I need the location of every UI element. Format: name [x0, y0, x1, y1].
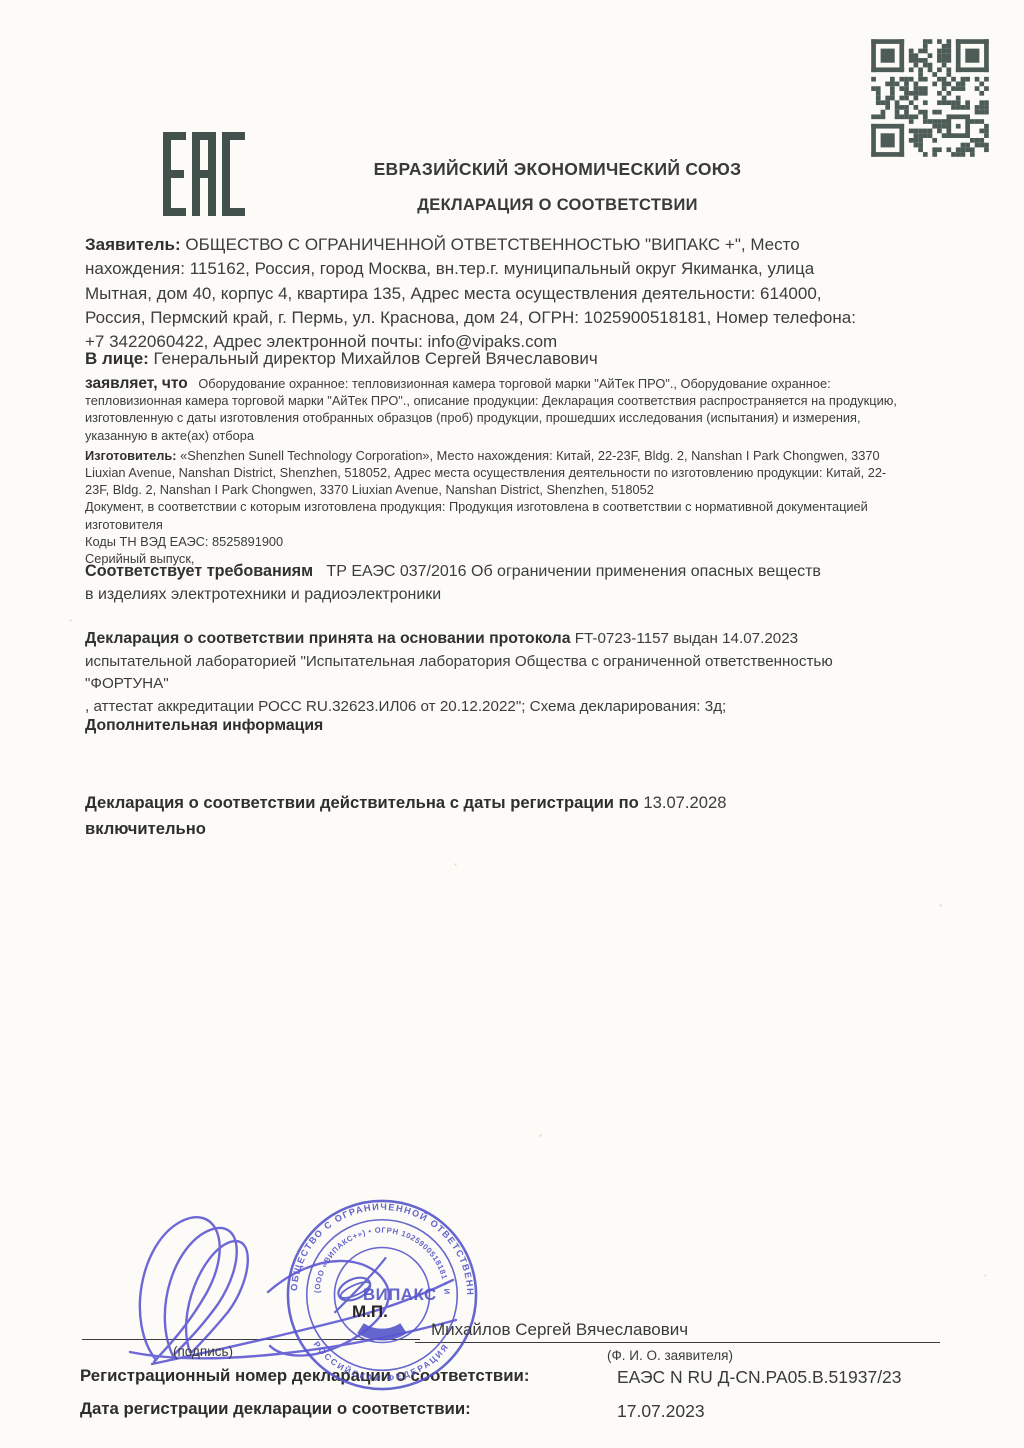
mp-place-of-stamp: М.П. — [352, 1302, 388, 1322]
applicant-label: Заявитель: — [85, 235, 181, 254]
compliance-paragraph: Соответствует требованиям ТР ЕАЭС 037/20… — [85, 560, 995, 606]
additional-info-label: Дополнительная информация — [85, 717, 323, 735]
applicant-fio: Михайлов Сергей Вячеславович — [431, 1320, 688, 1340]
basis-label: Декларация о соответствии принята на осн… — [85, 630, 570, 647]
validity-text-after: включительно — [85, 819, 206, 838]
scan-speckles — [0, 0, 1, 1]
validity-text-before: Декларация о соответствии действительна … — [85, 793, 643, 812]
person-line: В лице: Генеральный директор Михайлов Се… — [85, 347, 990, 371]
validity-paragraph: Декларация о соответствии действительна … — [85, 790, 985, 841]
manufacturer-paragraph: Изготовитель: «Shenzhen Sunell Technolog… — [85, 447, 995, 499]
applicant-text: ОБЩЕСТВО С ОГРАНИЧЕННОЙ ОТВЕТСТВЕННОСТЬЮ… — [85, 235, 856, 351]
registration-number-value: ЕАЭС N RU Д-CN.РА05.В.51937/23 — [617, 1367, 902, 1388]
signature-scribble-icon — [118, 1192, 478, 1387]
manufacturer-label: Изготовитель: — [85, 448, 177, 463]
product-document-text: Документ, в соответствии с которым изгот… — [85, 498, 995, 532]
union-title: ЕВРАЗИЙСКИЙ ЭКОНОМИЧЕСКИЙ СОЮЗ — [90, 159, 1024, 180]
tnved-code-line: Коды ТН ВЭД ЕАЭС: 8525891900 — [85, 533, 995, 550]
doc-title: ДЕКЛАРАЦИЯ О СООТВЕТСТВИИ — [90, 196, 1024, 215]
declares-label: заявляет, что — [85, 375, 188, 392]
applicant-paragraph: Заявитель: ОБЩЕСТВО С ОГРАНИЧЕННОЙ ОТВЕТ… — [85, 233, 990, 354]
fio-line — [415, 1342, 940, 1343]
fio-caption: (Ф. И. О. заявителя) — [607, 1348, 733, 1363]
person-label: В лице: — [85, 349, 149, 368]
person-text: Генеральный директор Михайлов Сергей Вяч… — [149, 349, 598, 368]
signature-caption: (подпись) — [173, 1344, 233, 1359]
registration-date-label: Дата регистрации декларации о соответств… — [80, 1399, 471, 1419]
declares-paragraph: заявляет, что Оборудование охранное: теп… — [85, 375, 995, 444]
registration-date-value: 17.07.2023 — [617, 1401, 705, 1422]
validity-date: 13.07.2028 — [643, 793, 726, 812]
compliance-label: Соответствует требованиям — [85, 562, 313, 580]
qr-code-icon — [868, 36, 992, 160]
manufacturer-text: «Shenzhen Sunell Technology Corporation»… — [85, 448, 886, 497]
basis-paragraph: Декларация о соответствии принята на осн… — [85, 628, 1005, 718]
declares-product-text: Оборудование охранное: тепловизионная ка… — [85, 376, 897, 443]
declaration-document-page: ЕВРАЗИЙСКИЙ ЭКОНОМИЧЕСКИЙ СОЮЗ ДЕКЛАРАЦИ… — [0, 0, 1024, 1448]
declaration-details: заявляет, что Оборудование охранное: теп… — [85, 375, 995, 567]
